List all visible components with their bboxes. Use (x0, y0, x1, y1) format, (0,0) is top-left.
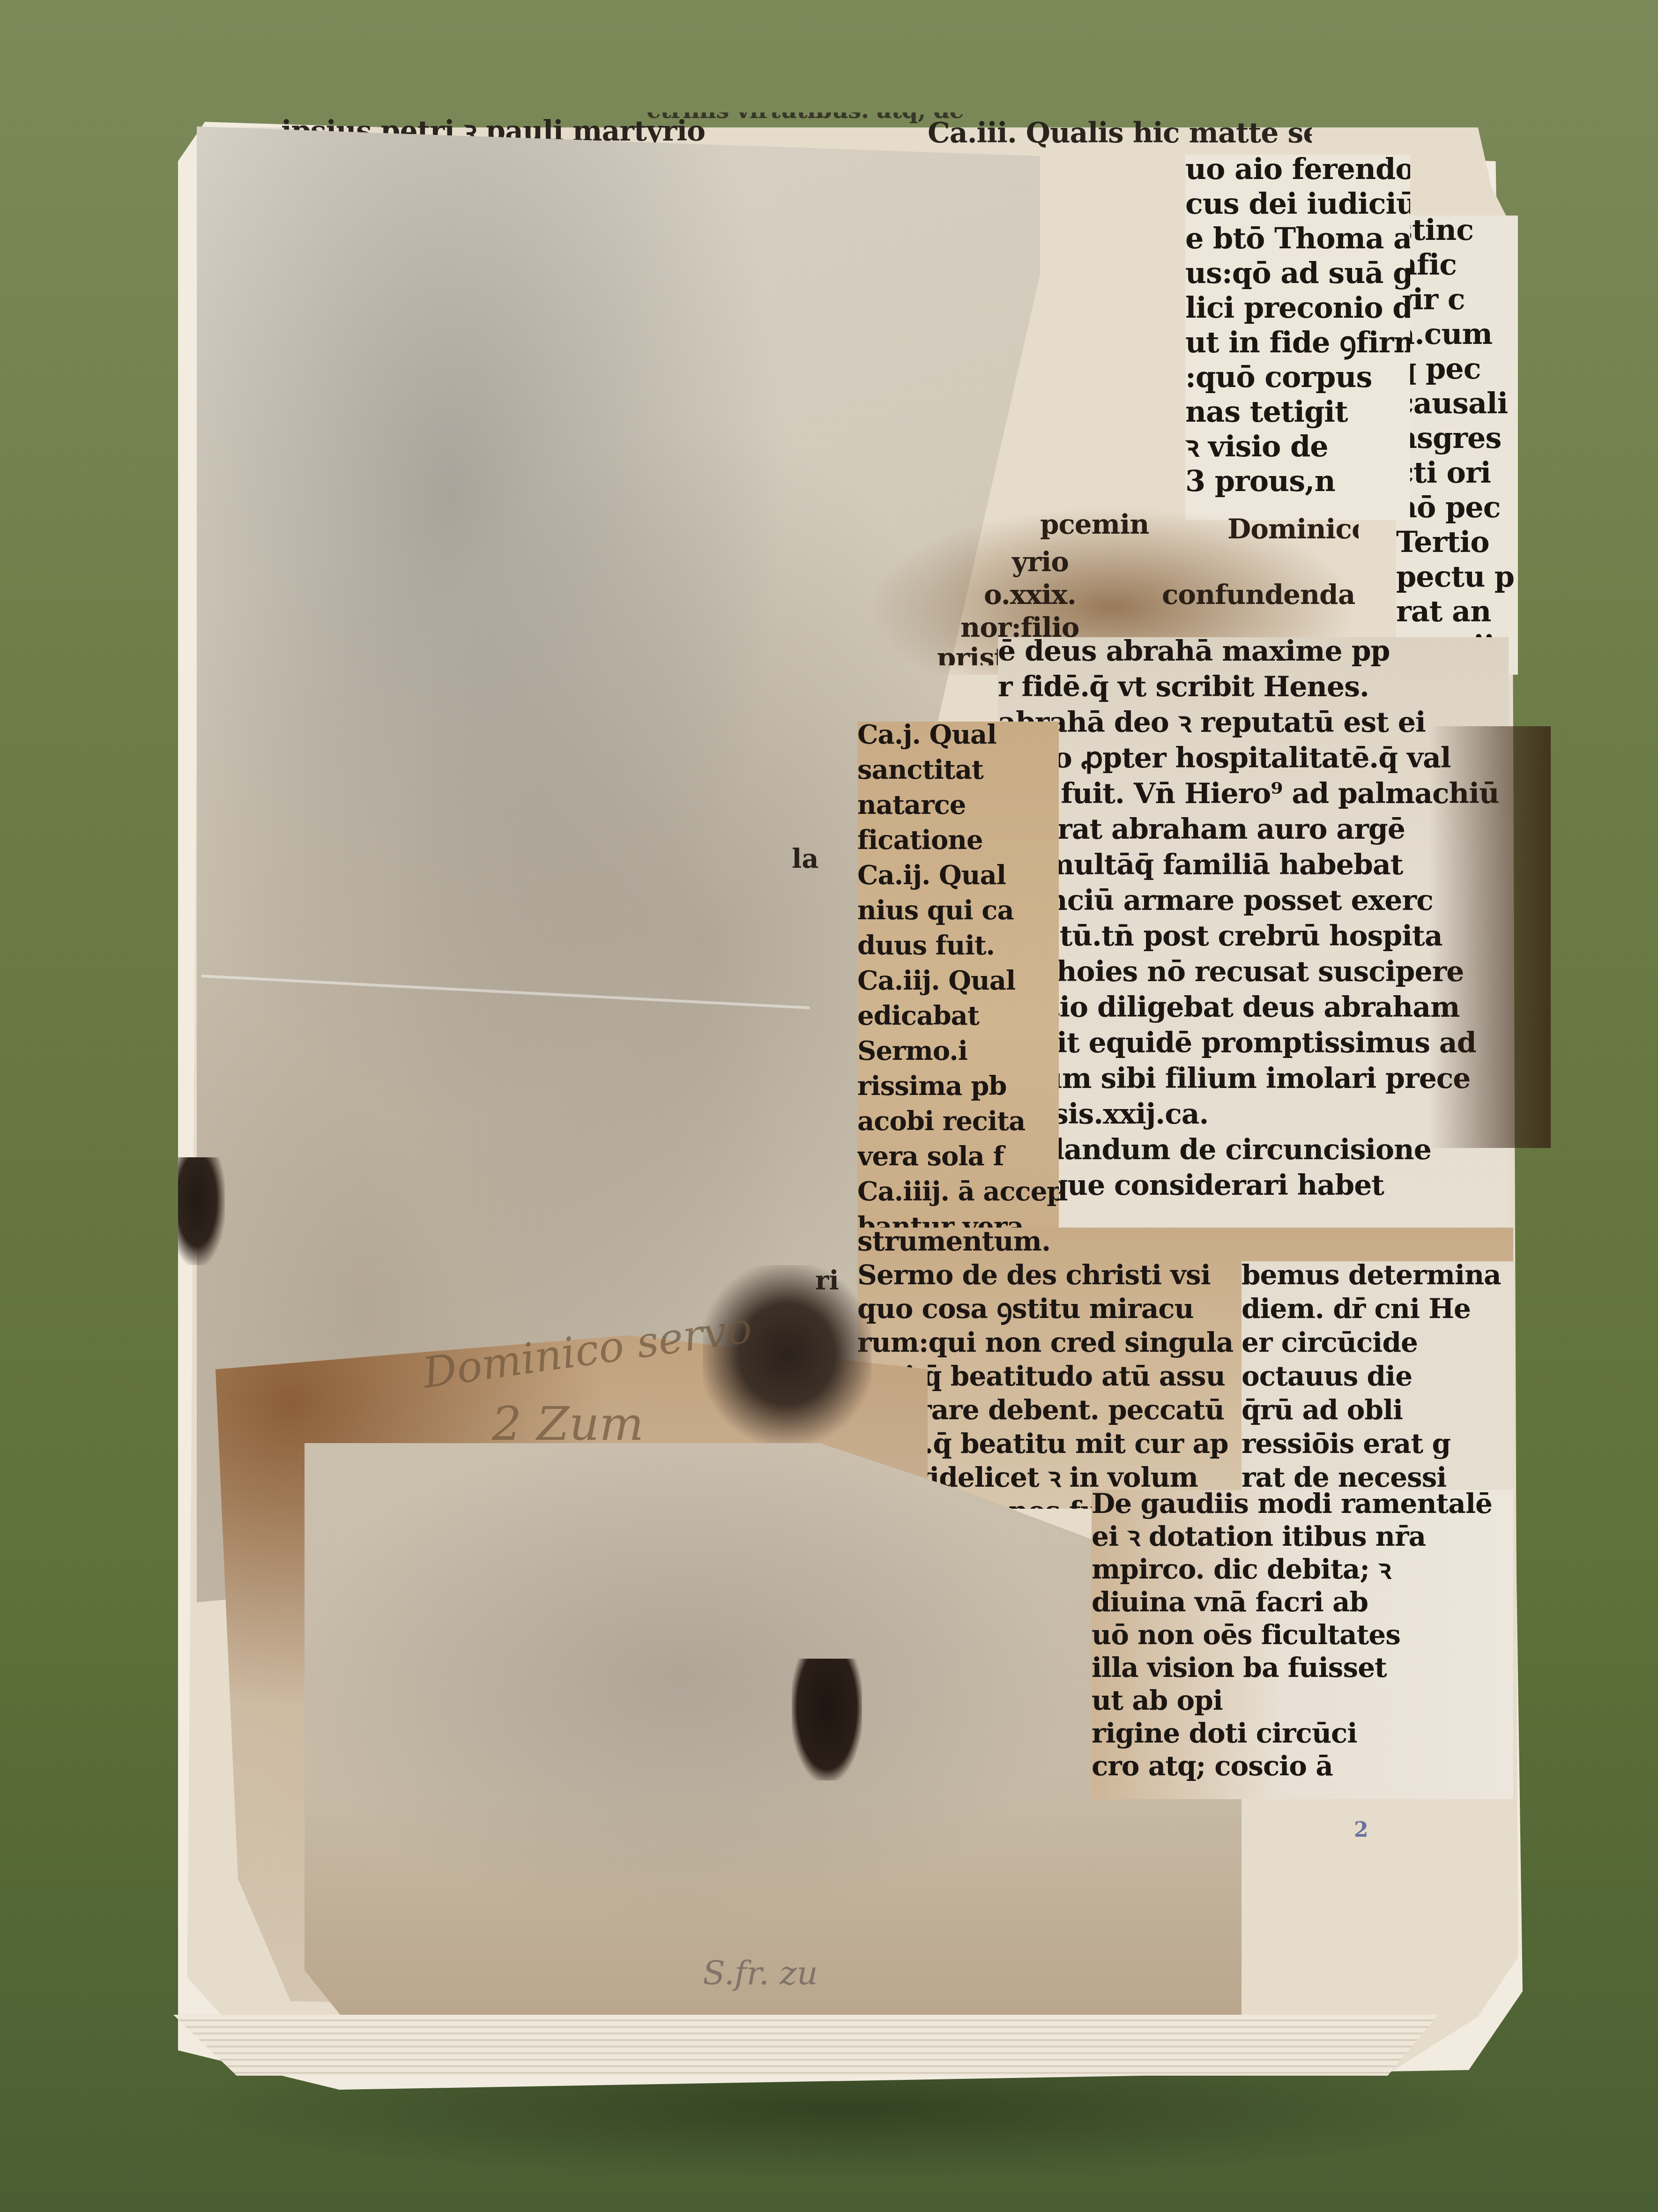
text-line: vera sola f (857, 1143, 1059, 1178)
text-line: octauus die (1242, 1363, 1513, 1396)
text-line: rissima pb (857, 1073, 1059, 1108)
text-line: nfic (1396, 250, 1518, 285)
text-line: 3 prous,n (1185, 467, 1410, 501)
text-line: Ca.iiij. ā accept (857, 1178, 1059, 1214)
text-line: illa vision ba fuisset (1092, 1654, 1513, 1687)
text-line: Dominico (1227, 515, 1359, 543)
text-line: bemus determina (1242, 1261, 1513, 1295)
text-line: confundenda (1162, 581, 1355, 608)
text-line: rat an (1396, 597, 1518, 632)
text-line: natarce (857, 792, 1059, 827)
right-edge-scorch (1429, 726, 1551, 1148)
text-line: a.cum (1396, 320, 1518, 354)
text-line: cro atq; coscio ā (1092, 1752, 1513, 1785)
text-line: cus dei iudiciū (1185, 189, 1410, 224)
ink-blot (792, 1659, 862, 1780)
page-block-bottom-edges (173, 2015, 1438, 2076)
text-line: stinc (1396, 216, 1518, 250)
text-line: strumentum. (857, 1228, 1185, 1261)
text-line: r fidē.q̄ vt scribit Henes. (998, 673, 1509, 708)
text-line: ressiōis erat g (1242, 1430, 1513, 1464)
text-line: ē deus abrahā maxime pp (998, 637, 1509, 673)
text-line: mpirco. dic debita; ꝛ (1092, 1556, 1513, 1588)
text-line: us:qō ad suā gl (1185, 259, 1410, 293)
header-top-fragment: ctrinis virtutibus: atq; de (647, 112, 964, 122)
text-column-lower: strumentum. Sermo de des christi vsi quo… (857, 1228, 1513, 1509)
text-line: Ca.ij. Qual (857, 862, 1059, 897)
text-line: uō non oēs ficultates (1092, 1621, 1513, 1654)
text-line: vir c (1396, 285, 1518, 320)
text-line: tio que considerari habet (998, 1171, 1509, 1207)
text-line: q̄rū ad obli (1242, 1396, 1513, 1430)
margin-fragment: la (792, 843, 819, 874)
text-line: ut ab opi (1092, 1687, 1513, 1720)
text-line: nius qui ca (857, 897, 1059, 932)
text-line: o.xxix. (984, 581, 1076, 608)
text-line: e btō Thoma ap (1185, 224, 1410, 259)
text-line: er circūcide (1242, 1329, 1513, 1363)
text-line: duus fuit. (857, 932, 1059, 968)
text-line: :quō corpus (1185, 363, 1410, 397)
text-line: Tertio (1396, 528, 1518, 562)
header-right-text: Ca.iii. Qualis hic matte secundus (928, 119, 1312, 147)
text-line: Ca.iij. Qual (857, 968, 1059, 1003)
text-line: uo aio ferendo (1185, 155, 1410, 189)
handwritten-inscription: 2 Zum (492, 1396, 644, 1451)
text-line: q̄ pec (1396, 354, 1518, 389)
text-line: cti ori (1396, 458, 1518, 493)
page-mark: 2 (1354, 1818, 1368, 1842)
text-line: diem. dr̄ cni He (1242, 1295, 1513, 1329)
text-line: Sermo de des christi vsi (857, 1261, 1185, 1295)
text-line: diuina vnā facri ab (1092, 1588, 1513, 1621)
text-column-lower-right: De gaudiis modi ramentalē ei ꝛ dotation … (1092, 1490, 1513, 1799)
text-line: ꝛ visio de (1185, 432, 1410, 467)
edge-burn-mark (178, 1157, 225, 1265)
handwritten-inscription: S.fr. zu (703, 1954, 818, 1992)
text-line: rum:qui non cred singula (857, 1329, 1185, 1363)
text-column-top-right: uo aio ferendo cus dei iudiciū e btō Tho… (1185, 155, 1410, 520)
text-line: Ca.j. Qual (857, 722, 1059, 757)
text-column-far-right: stinc nfic vir c a.cum q̄ pec causali ns… (1396, 216, 1518, 675)
text-line: ei ꝛ dotation itibus nr̄a (1092, 1523, 1513, 1556)
text-line: acobi recita (857, 1108, 1059, 1143)
text-line: quo cosa ꝯstitu miracu (857, 1295, 1185, 1329)
margin-fragment: ri (815, 1265, 839, 1296)
text-line: nas tetigit (1185, 397, 1410, 432)
text-line: Sermo.i (857, 1038, 1059, 1073)
text-line: nsgres (1396, 424, 1518, 458)
text-line: rigine doti circūci (1092, 1720, 1513, 1752)
text-line: edicabat (857, 1003, 1059, 1038)
text-line: yrio (1012, 548, 1069, 575)
text-line: sanctitat (857, 757, 1059, 792)
text-line: pcemin (1040, 511, 1149, 538)
text-line: pectu p (1396, 562, 1518, 597)
text-line: De gaudiis modi ramentalē (1092, 1490, 1513, 1523)
text-line: ficatione (857, 827, 1059, 862)
text-line: causali (1396, 389, 1518, 424)
text-line: lici preconio de (1185, 293, 1410, 328)
text-line: nō pec (1396, 493, 1518, 528)
text-line: ut in fide ꝯfirm (1185, 328, 1410, 363)
